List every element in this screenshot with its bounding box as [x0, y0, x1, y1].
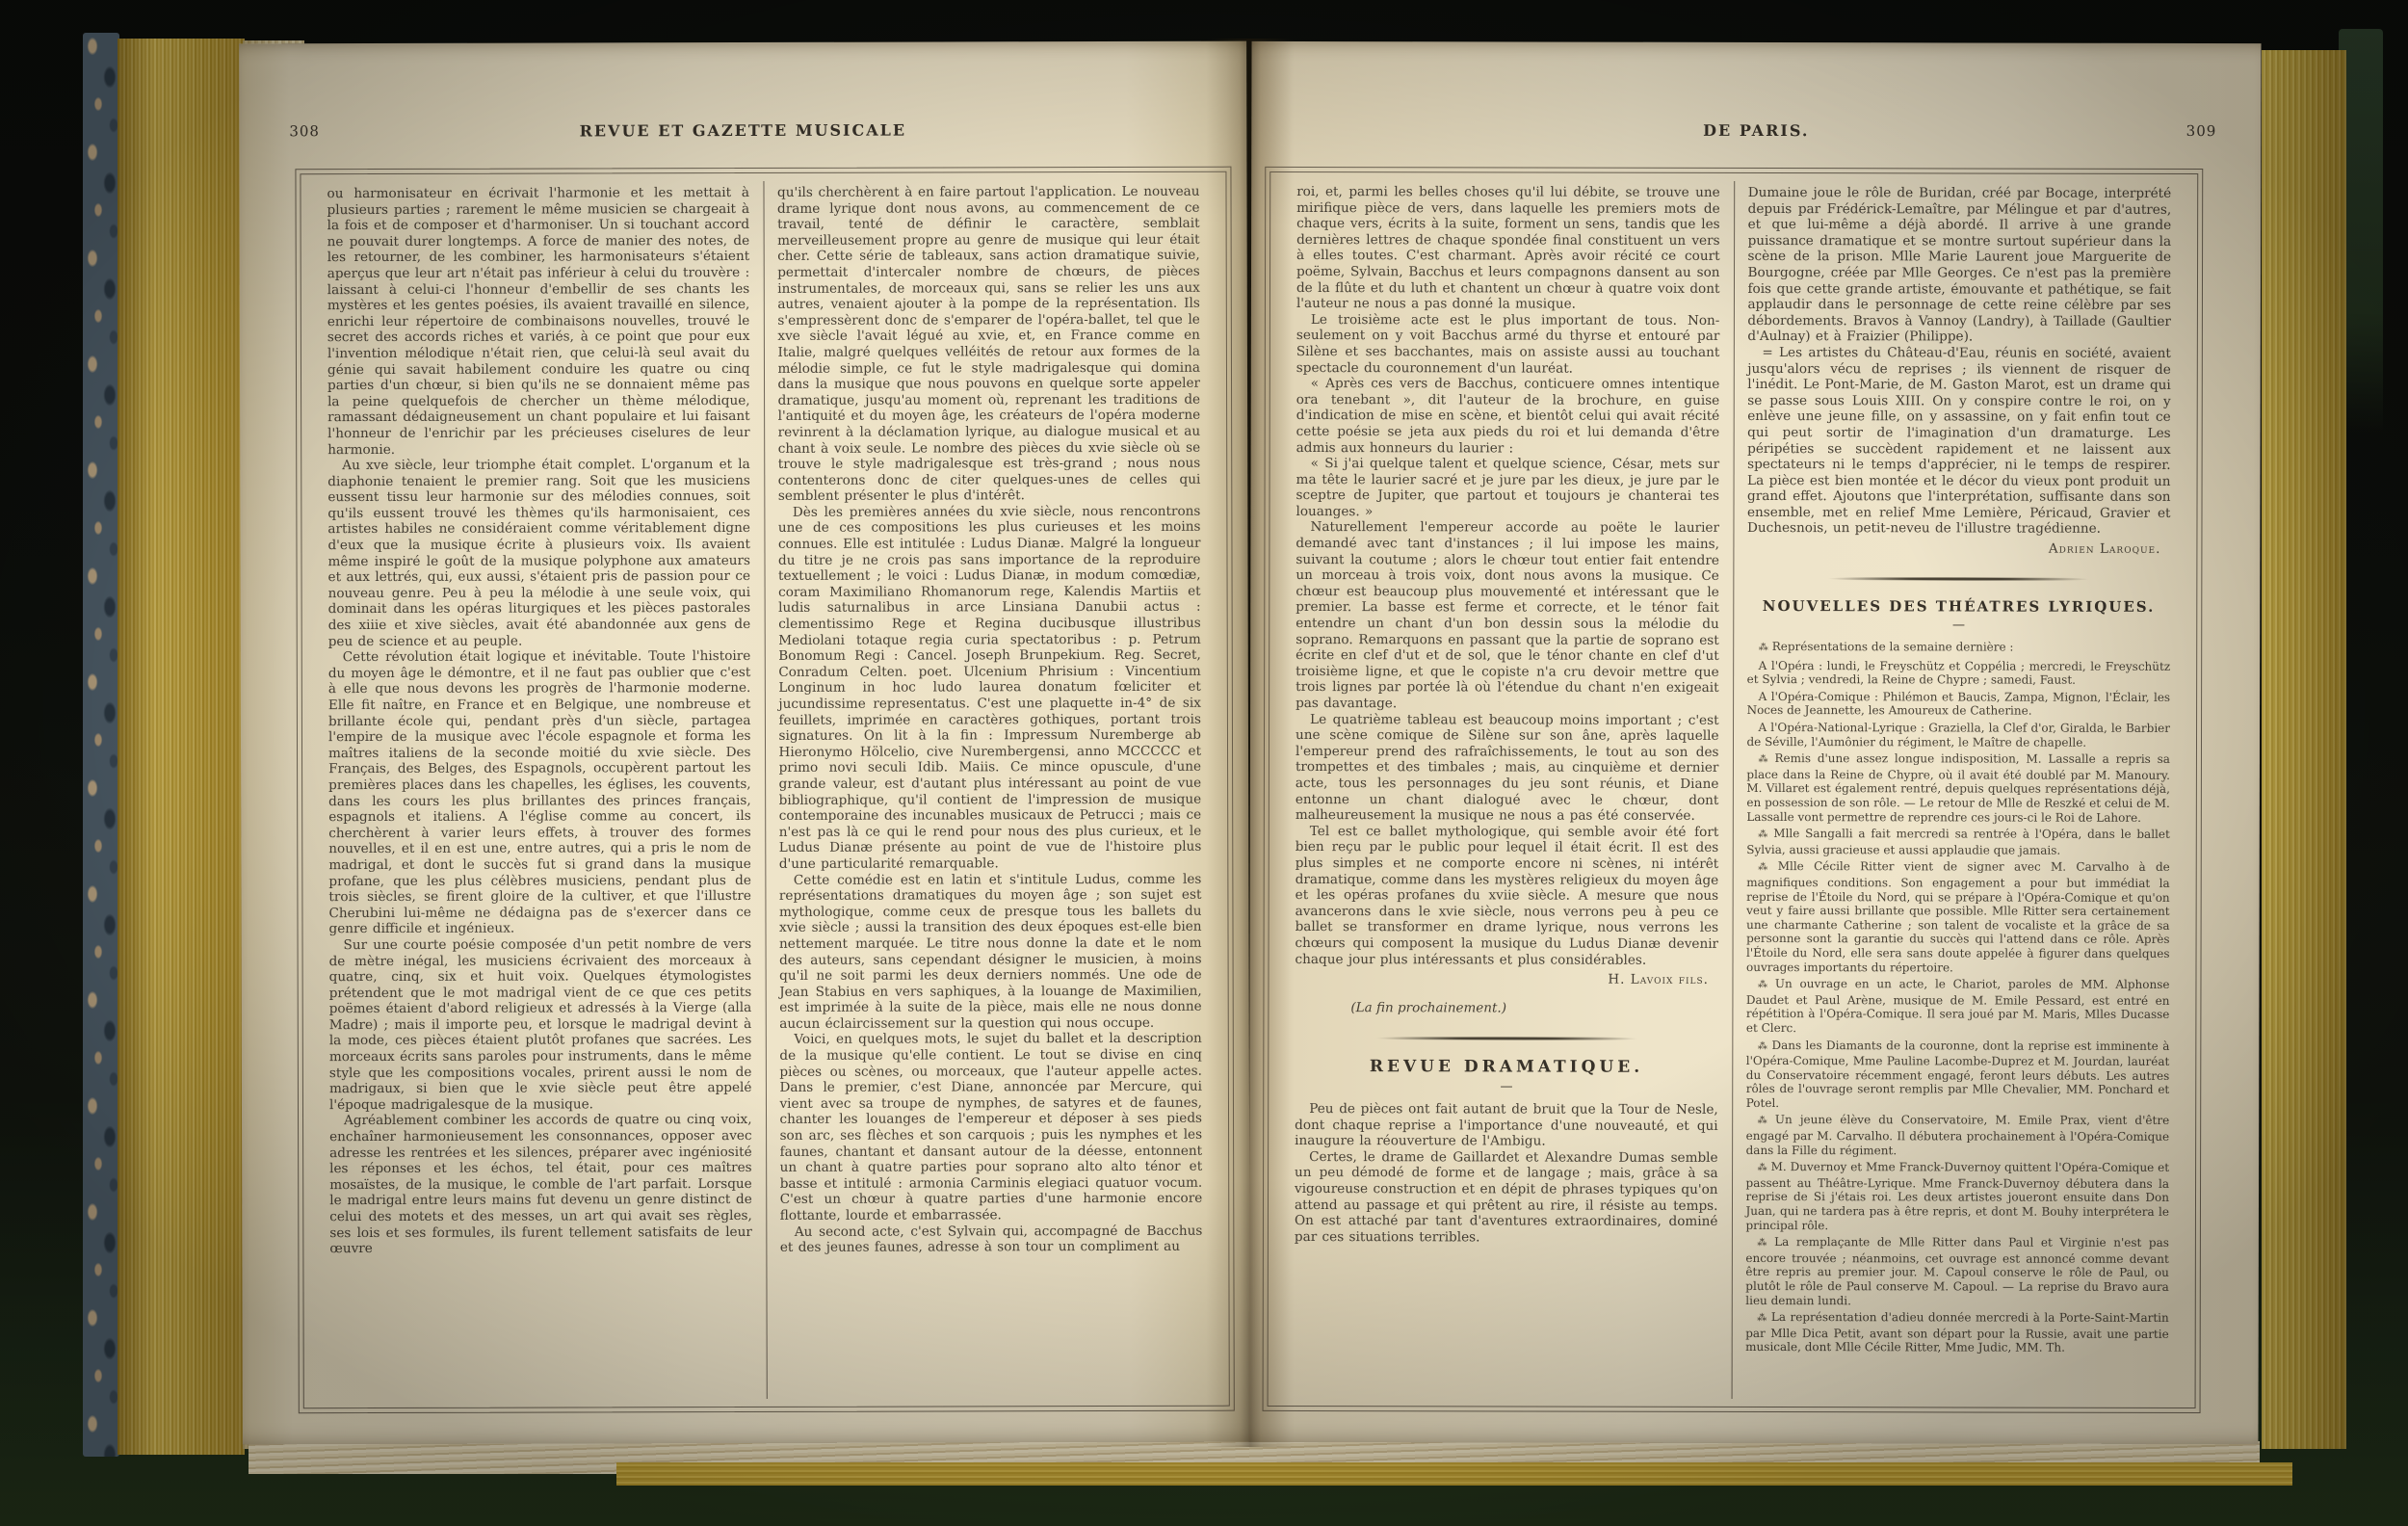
- paragraph: « Si j'ai quelque talent et quelque scie…: [1296, 456, 1719, 520]
- book-photograph: 308 REVUE ET GAZETTE MUSICALE ou harmoni…: [0, 0, 2408, 1526]
- paragraph: ⁂Un ouvrage en un acte, le Chariot, paro…: [1746, 977, 2170, 1036]
- page-309: 309 DE PARIS. roi, et, parmi les belles …: [1248, 41, 2261, 1444]
- paragraph: Dumaine joue le rôle de Buridan, créé pa…: [1747, 185, 2171, 346]
- section-heading-revue-dramatique: REVUE DRAMATIQUE. —: [1295, 1037, 1718, 1092]
- asterism-icon: ⁂: [1757, 1313, 1767, 1324]
- running-title-right: DE PARIS.: [1251, 120, 2261, 141]
- gilt-fore-edge-left: [118, 39, 245, 1455]
- paragraph: Cette comédie est en latin et s'intitule…: [779, 871, 1202, 1032]
- right-page-column-1: roi, et, parmi les belles choses qu'il l…: [1281, 180, 1734, 1399]
- paragraph: Au second acte, c'est Sylvain qui, accom…: [780, 1223, 1203, 1255]
- page-308: 308 REVUE ET GAZETTE MUSICALE ou harmoni…: [239, 41, 1250, 1445]
- asterism-icon: ⁂: [1757, 1238, 1770, 1249]
- asterism-icon: ⁂: [1758, 1041, 1768, 1052]
- author-signature: Adrien Laroque.: [1747, 540, 2161, 557]
- gilt-edge-bottom: [616, 1462, 2292, 1486]
- paragraph: ⁂La représentation d'adieu donnée mercre…: [1745, 1310, 2169, 1355]
- tapered-rule: [1375, 1037, 1637, 1040]
- section-dash: —: [1747, 620, 2171, 631]
- paragraph: ⁂Un jeune élève du Conservatoire, M. Emi…: [1746, 1113, 2170, 1158]
- running-title-left: REVUE ET GAZETTE MUSICALE: [239, 120, 1246, 142]
- paragraph: Peu de pièces ont fait autant de bruit q…: [1295, 1101, 1718, 1150]
- paragraph: ou harmonisateur en écrivait l'harmonie …: [327, 185, 749, 458]
- paragraph: ⁂Mlle Cécile Ritter vient de signer avec…: [1746, 859, 2170, 975]
- paragraph: Naturellement l'empereur accorde au poët…: [1296, 519, 1719, 712]
- paragraph: ⁂Mlle Sangalli a fait mercredi sa rentré…: [1746, 827, 2170, 857]
- section-heading-nouvelles: NOUVELLES DES THÉATRES LYRIQUES. —: [1747, 577, 2171, 631]
- paragraph: Certes, le drame de Gaillardet et Alexan…: [1295, 1149, 1718, 1246]
- theatre-news-items: ⁂Représentations de la semaine dernière …: [1745, 640, 2170, 1355]
- revue-dramatique-continued: Dumaine joue le rôle de Buridan, créé pa…: [1747, 185, 2171, 538]
- paragraph: ⁂Remis d'une assez longue indisposition,…: [1746, 751, 2170, 825]
- section-title: REVUE DRAMATIQUE.: [1295, 1057, 1718, 1077]
- left-page-column-2: qu'ils cherchèrent à en faire partout l'…: [763, 180, 1217, 1399]
- asterism-icon: ⁂: [1758, 862, 1774, 873]
- paragraph: A l'Opéra-Comique : Philémon et Baucis, …: [1747, 690, 2171, 719]
- marbled-cover-edge: [83, 33, 119, 1457]
- tapered-rule: [1827, 577, 2089, 581]
- left-page-column-1: ou harmonisateur en écrivait l'harmonie …: [313, 181, 766, 1400]
- paragraph: ⁂La remplaçante de Mlle Ritter dans Paul…: [1745, 1235, 2169, 1308]
- paragraph: Le troisième acte est le plus important …: [1296, 312, 1720, 377]
- paragraph: ⁂Représentations de la semaine dernière …: [1747, 640, 2171, 657]
- asterism-icon: ⁂: [1758, 980, 1771, 990]
- gilt-fore-edge-right: [2262, 50, 2346, 1449]
- paragraph: Cette révolution était logique et inévit…: [328, 648, 751, 937]
- paragraph: Tel est ce ballet mythologique, qui semb…: [1296, 824, 1719, 968]
- paragraph: Sur une courte poésie composée d'un peti…: [329, 936, 752, 1114]
- paragraph: ⁂M. Duvernoy et Mme Franck-Duvernoy quit…: [1745, 1160, 2169, 1233]
- asterism-icon: ⁂: [1758, 829, 1769, 840]
- paragraph: Au xve siècle, leur triomphe était compl…: [327, 457, 750, 649]
- asterism-icon: ⁂: [1758, 1116, 1771, 1126]
- asterism-icon: ⁂: [1758, 754, 1770, 765]
- asterism-icon: ⁂: [1759, 643, 1768, 653]
- section-title: NOUVELLES DES THÉATRES LYRIQUES.: [1747, 597, 2171, 616]
- revue-dramatique-body: Peu de pièces ont fait autant de bruit q…: [1295, 1101, 1718, 1246]
- paragraph: Agréablement combiner les accords de qua…: [329, 1112, 752, 1256]
- text-frame-right: roi, et, parmi les belles choses qu'il l…: [1263, 167, 2204, 1413]
- paragraph: A l'Opéra-National-Lyrique : Graziella, …: [1746, 721, 2170, 750]
- paragraph: qu'ils cherchèrent à en faire partout l'…: [777, 184, 1200, 505]
- paragraph: Voici, en quelques mots, le sujet du bal…: [779, 1031, 1202, 1223]
- right-page-column-2: Dumaine joue le rôle de Buridan, créé pa…: [1731, 181, 2185, 1400]
- section-dash: —: [1295, 1082, 1718, 1092]
- to-be-continued-note: (La fin prochainement.): [1350, 1000, 1718, 1016]
- paragraph: « Après ces vers de Bacchus, conticuere …: [1296, 376, 1720, 457]
- article-end: roi, et, parmi les belles choses qu'il l…: [1296, 184, 1720, 968]
- paragraph: A l'Opéra : lundi, le Freyschütz et Copp…: [1747, 659, 2171, 688]
- paragraph: roi, et, parmi les belles choses qu'il l…: [1296, 184, 1720, 313]
- paragraph: Dès les premières années du xvie siècle,…: [778, 504, 1201, 873]
- text-frame-left: ou harmonisateur en écrivait l'harmonie …: [295, 167, 1234, 1414]
- asterism-icon: ⁂: [1758, 1163, 1767, 1173]
- paragraph: Le quatrième tableau est beaucoup moins …: [1296, 712, 1719, 825]
- paragraph: ⁂Dans les Diamants de la couronne, dont …: [1746, 1038, 2170, 1111]
- author-signature: H. Lavoix fils.: [1295, 971, 1709, 987]
- paragraph: = Les artistes du Château-d'Eau, réunis …: [1747, 345, 2171, 538]
